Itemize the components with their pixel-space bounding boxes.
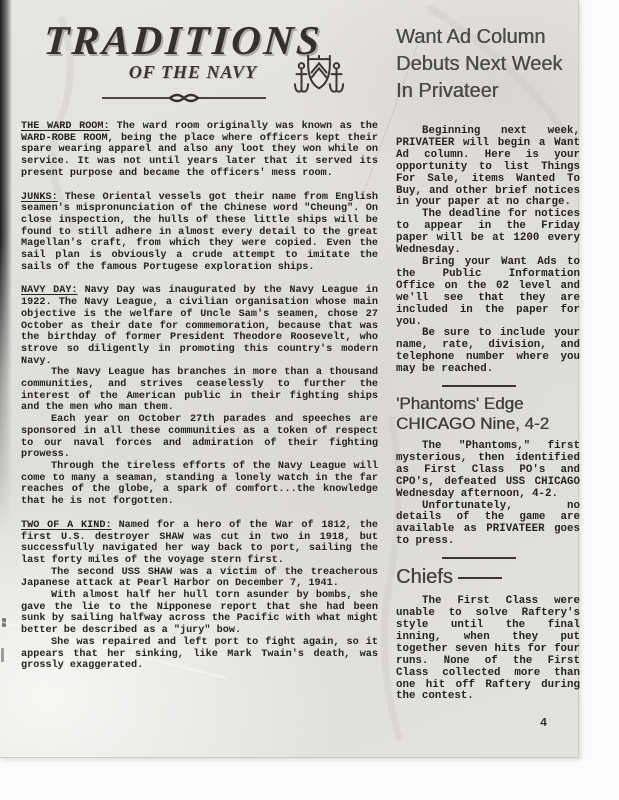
article-paragraph: JUNKS:These Oriental vessels got their n… [21,192,378,274]
article-paragraph: Beginning next week, PRIVATEER will begi… [396,126,580,209]
section-divider-rule [442,385,516,387]
scanned-newsletter-page: TRADITIONS OF THE NAVY [0,0,579,758]
article-paragraph: Through the tireless efforts of the Navy… [21,461,378,508]
article-paragraph: NAVY DAY:Navy Day was inaugurated by the… [21,285,378,367]
article-want-ad: Beginning next week, PRIVATEER will begi… [396,126,580,376]
article-paragraph: The Navy League has branches in more tha… [21,367,378,414]
chiefs-dash-rule [458,577,502,579]
section-divider-rule [442,557,516,559]
headline-line: In Privateer [396,78,580,105]
article-two-of-a-kind: TWO OF A KIND:Named for a hero of the Wa… [21,520,378,672]
article-junks: JUNKS:These Oriental vessels got their n… [21,192,378,274]
headline-line: CHICAGO Nine, 4-2 [396,414,580,434]
article-ward-room: THE WARD ROOM:The ward room originally w… [21,121,378,180]
article-paragraph: Each year on October 27th parades and sp… [21,414,378,461]
headline-line: Want Ad Column [396,24,580,51]
headline-line: Debuts Next Week [396,51,580,78]
article-heading: TWO OF A KIND: [21,520,112,531]
article-paragraph: The First Class were unable to solve Raf… [396,596,580,703]
scan-speck [1,648,4,662]
article-paragraph: With almost half her hull torn asunder b… [21,590,378,637]
article-paragraph: The "Phantoms," first mysterious, then i… [396,441,580,501]
newsletter-subtitle: OF THE NAVY [108,62,278,83]
side-column: Want Ad Column Debuts Next Week In Priva… [396,24,580,703]
scan-edge-shadow [0,0,12,560]
article-text: Navy Day was inaugurated by the Navy Lea… [21,285,378,366]
article-phantoms: The "Phantoms," first mysterious, then i… [396,441,580,548]
article-paragraph: Be sure to include your name, rate, divi… [396,328,580,376]
article-paragraph: The deadline for notices to appear in th… [396,209,580,257]
navy-crest-icon [294,52,344,108]
article-text: These Oriental vessels got their name fr… [21,192,378,273]
article-paragraph: Bring your Want Ads to the Public Inform… [396,257,580,328]
headline-line: 'Phantoms' Edge [396,394,580,414]
headline-text: Chiefs [396,566,453,588]
article-paragraph: TWO OF A KIND:Named for a hero of the Wa… [21,520,378,567]
article-paragraph: Unfortunately, no details of the game ar… [396,501,580,549]
chiefs-headline: Chiefs [396,566,580,588]
main-column: THE WARD ROOM:The ward room originally w… [21,121,378,684]
article-heading: NAVY DAY: [21,285,78,296]
article-heading: JUNKS: [21,192,58,203]
phantoms-headline: 'Phantoms' Edge CHICAGO Nine, 4-2 [396,394,580,434]
article-paragraph: She was repaired and left port to fight … [21,637,378,672]
article-paragraph: The second USS SHAW was a victim of the … [21,567,378,590]
article-heading: THE WARD ROOM: [21,121,110,132]
page-number: 4 [540,716,547,730]
want-ad-headline: Want Ad Column Debuts Next Week In Priva… [396,24,580,105]
article-paragraph: THE WARD ROOM:The ward room originally w… [21,121,378,180]
article-chiefs: The First Class were unable to solve Raf… [396,596,580,703]
article-navy-day: NAVY DAY:Navy Day was inaugurated by the… [21,285,378,507]
title-rule-ornament [100,90,268,104]
